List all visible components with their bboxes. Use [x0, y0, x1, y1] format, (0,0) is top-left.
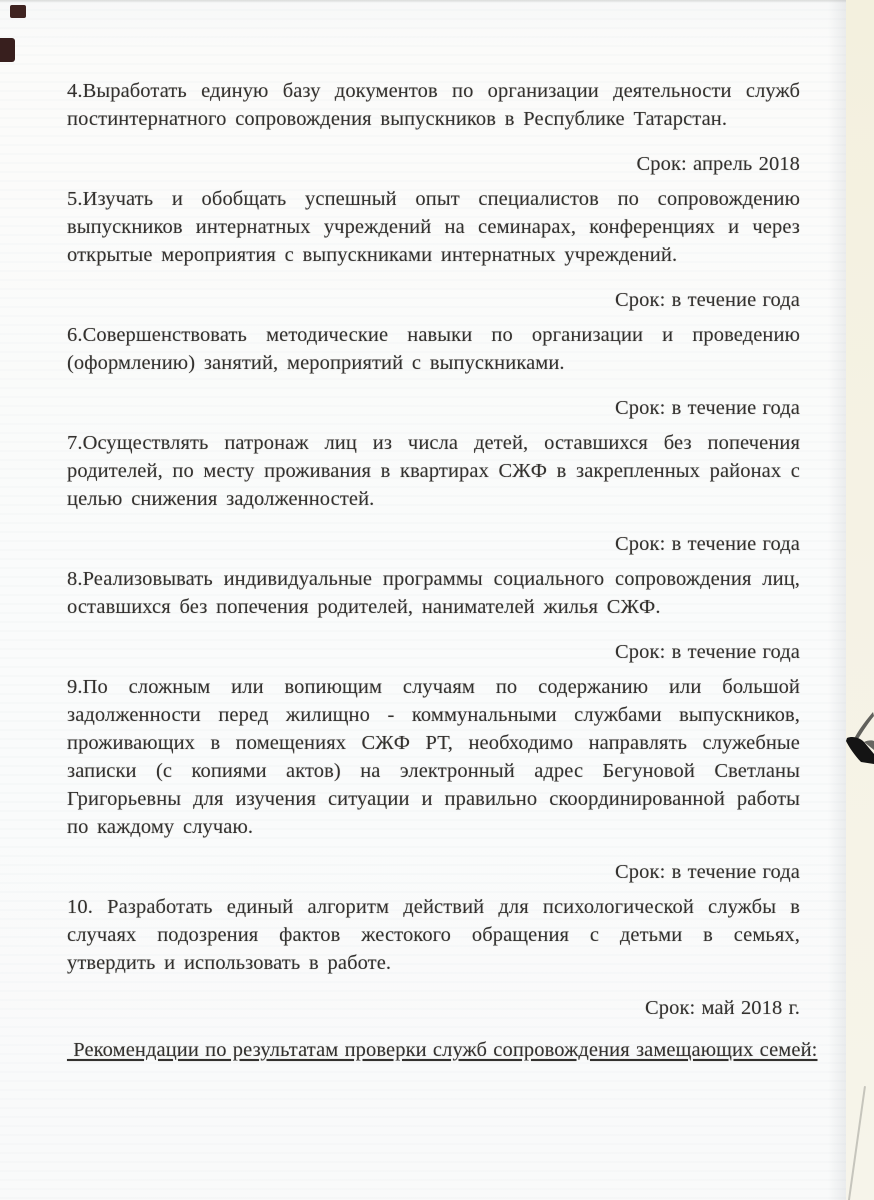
page-edge-shadow [828, 0, 846, 1200]
deadline-line: Срок: в течение года [67, 394, 800, 422]
task-item-9: 9.По сложным или вопиющим случаям по сод… [67, 673, 800, 841]
task-item-8: 8.Реализовывать индивидуальные программы… [67, 565, 800, 621]
section-heading: Рекомендации по результатам проверки слу… [67, 1036, 800, 1064]
deadline-line: Срок: май 2018 г. [67, 994, 800, 1022]
deadline-line: Срок: в течение года [67, 638, 800, 666]
deadline-line: Срок: апрель 2018 [67, 150, 800, 178]
scanner-background-strip [846, 0, 874, 1200]
ink-blot-mark [844, 710, 874, 772]
deadline-line: Срок: в течение года [67, 858, 800, 886]
task-item-5: 5.Изучать и обобщать успешный опыт специ… [67, 185, 800, 269]
document-content: 4.Выработать единую базу документов по о… [67, 70, 800, 1064]
deadline-line: Срок: в течение года [67, 286, 800, 314]
scan-artifact-mark [0, 38, 15, 62]
task-item-7: 7.Осуществлять патронаж лиц из числа дет… [67, 429, 800, 513]
scan-artifact-mark [10, 5, 26, 18]
deadline-line: Срок: в течение года [67, 530, 800, 558]
task-item-4: 4.Выработать единую базу документов по о… [67, 77, 800, 133]
scan-top-edge-shadow [0, 0, 874, 3]
task-item-10: 10. Разработать единый алгоритм действий… [67, 893, 800, 977]
task-item-6: 6.Совершенствовать методические навыки п… [67, 321, 800, 377]
scanned-document-page: 4.Выработать единую базу документов по о… [0, 0, 874, 1200]
